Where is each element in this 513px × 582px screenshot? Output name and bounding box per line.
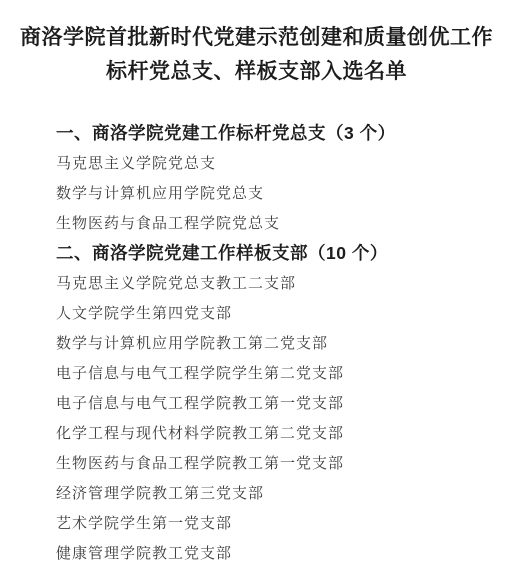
list-item: 人文学院学生第四党支部: [56, 298, 493, 328]
list-item: 化学工程与现代材料学院教工第二党支部: [56, 418, 493, 448]
document-body: 一、商洛学院党建工作标杆党总支（3 个） 马克思主义学院党总支 数学与计算机应用…: [56, 118, 493, 568]
list-item: 电子信息与电气工程学院教工第一党支部: [56, 388, 493, 418]
list-item: 健康管理学院教工党支部: [56, 538, 493, 568]
list-item: 生物医药与食品工程学院党总支: [56, 208, 493, 238]
list-item: 数学与计算机应用学院教工第二党支部: [56, 328, 493, 358]
document-page: 商洛学院首批新时代党建示范创建和质量创优工作 标杆党总支、样板支部入选名单 一、…: [0, 0, 513, 582]
section-heading: 一、商洛学院党建工作标杆党总支（3 个）: [56, 118, 493, 148]
list-item: 数学与计算机应用学院党总支: [56, 178, 493, 208]
section-model-party-branches: 二、商洛学院党建工作样板支部（10 个） 马克思主义学院党总支教工二支部 人文学…: [56, 238, 493, 568]
list-item: 经济管理学院教工第三党支部: [56, 478, 493, 508]
title-line-1: 商洛学院首批新时代党建示范创建和质量创优工作: [0, 21, 513, 55]
section-heading: 二、商洛学院党建工作样板支部（10 个）: [56, 238, 493, 268]
document-title: 商洛学院首批新时代党建示范创建和质量创优工作 标杆党总支、样板支部入选名单: [0, 0, 513, 89]
list-item: 马克思主义学院党总支教工二支部: [56, 268, 493, 298]
list-item: 马克思主义学院党总支: [56, 148, 493, 178]
list-item: 艺术学院学生第一党支部: [56, 508, 493, 538]
list-item: 生物医药与食品工程学院教工第一党支部: [56, 448, 493, 478]
title-line-2: 标杆党总支、样板支部入选名单: [0, 55, 513, 89]
list-item: 电子信息与电气工程学院学生第二党支部: [56, 358, 493, 388]
section-benchmark-party-general-branches: 一、商洛学院党建工作标杆党总支（3 个） 马克思主义学院党总支 数学与计算机应用…: [56, 118, 493, 238]
